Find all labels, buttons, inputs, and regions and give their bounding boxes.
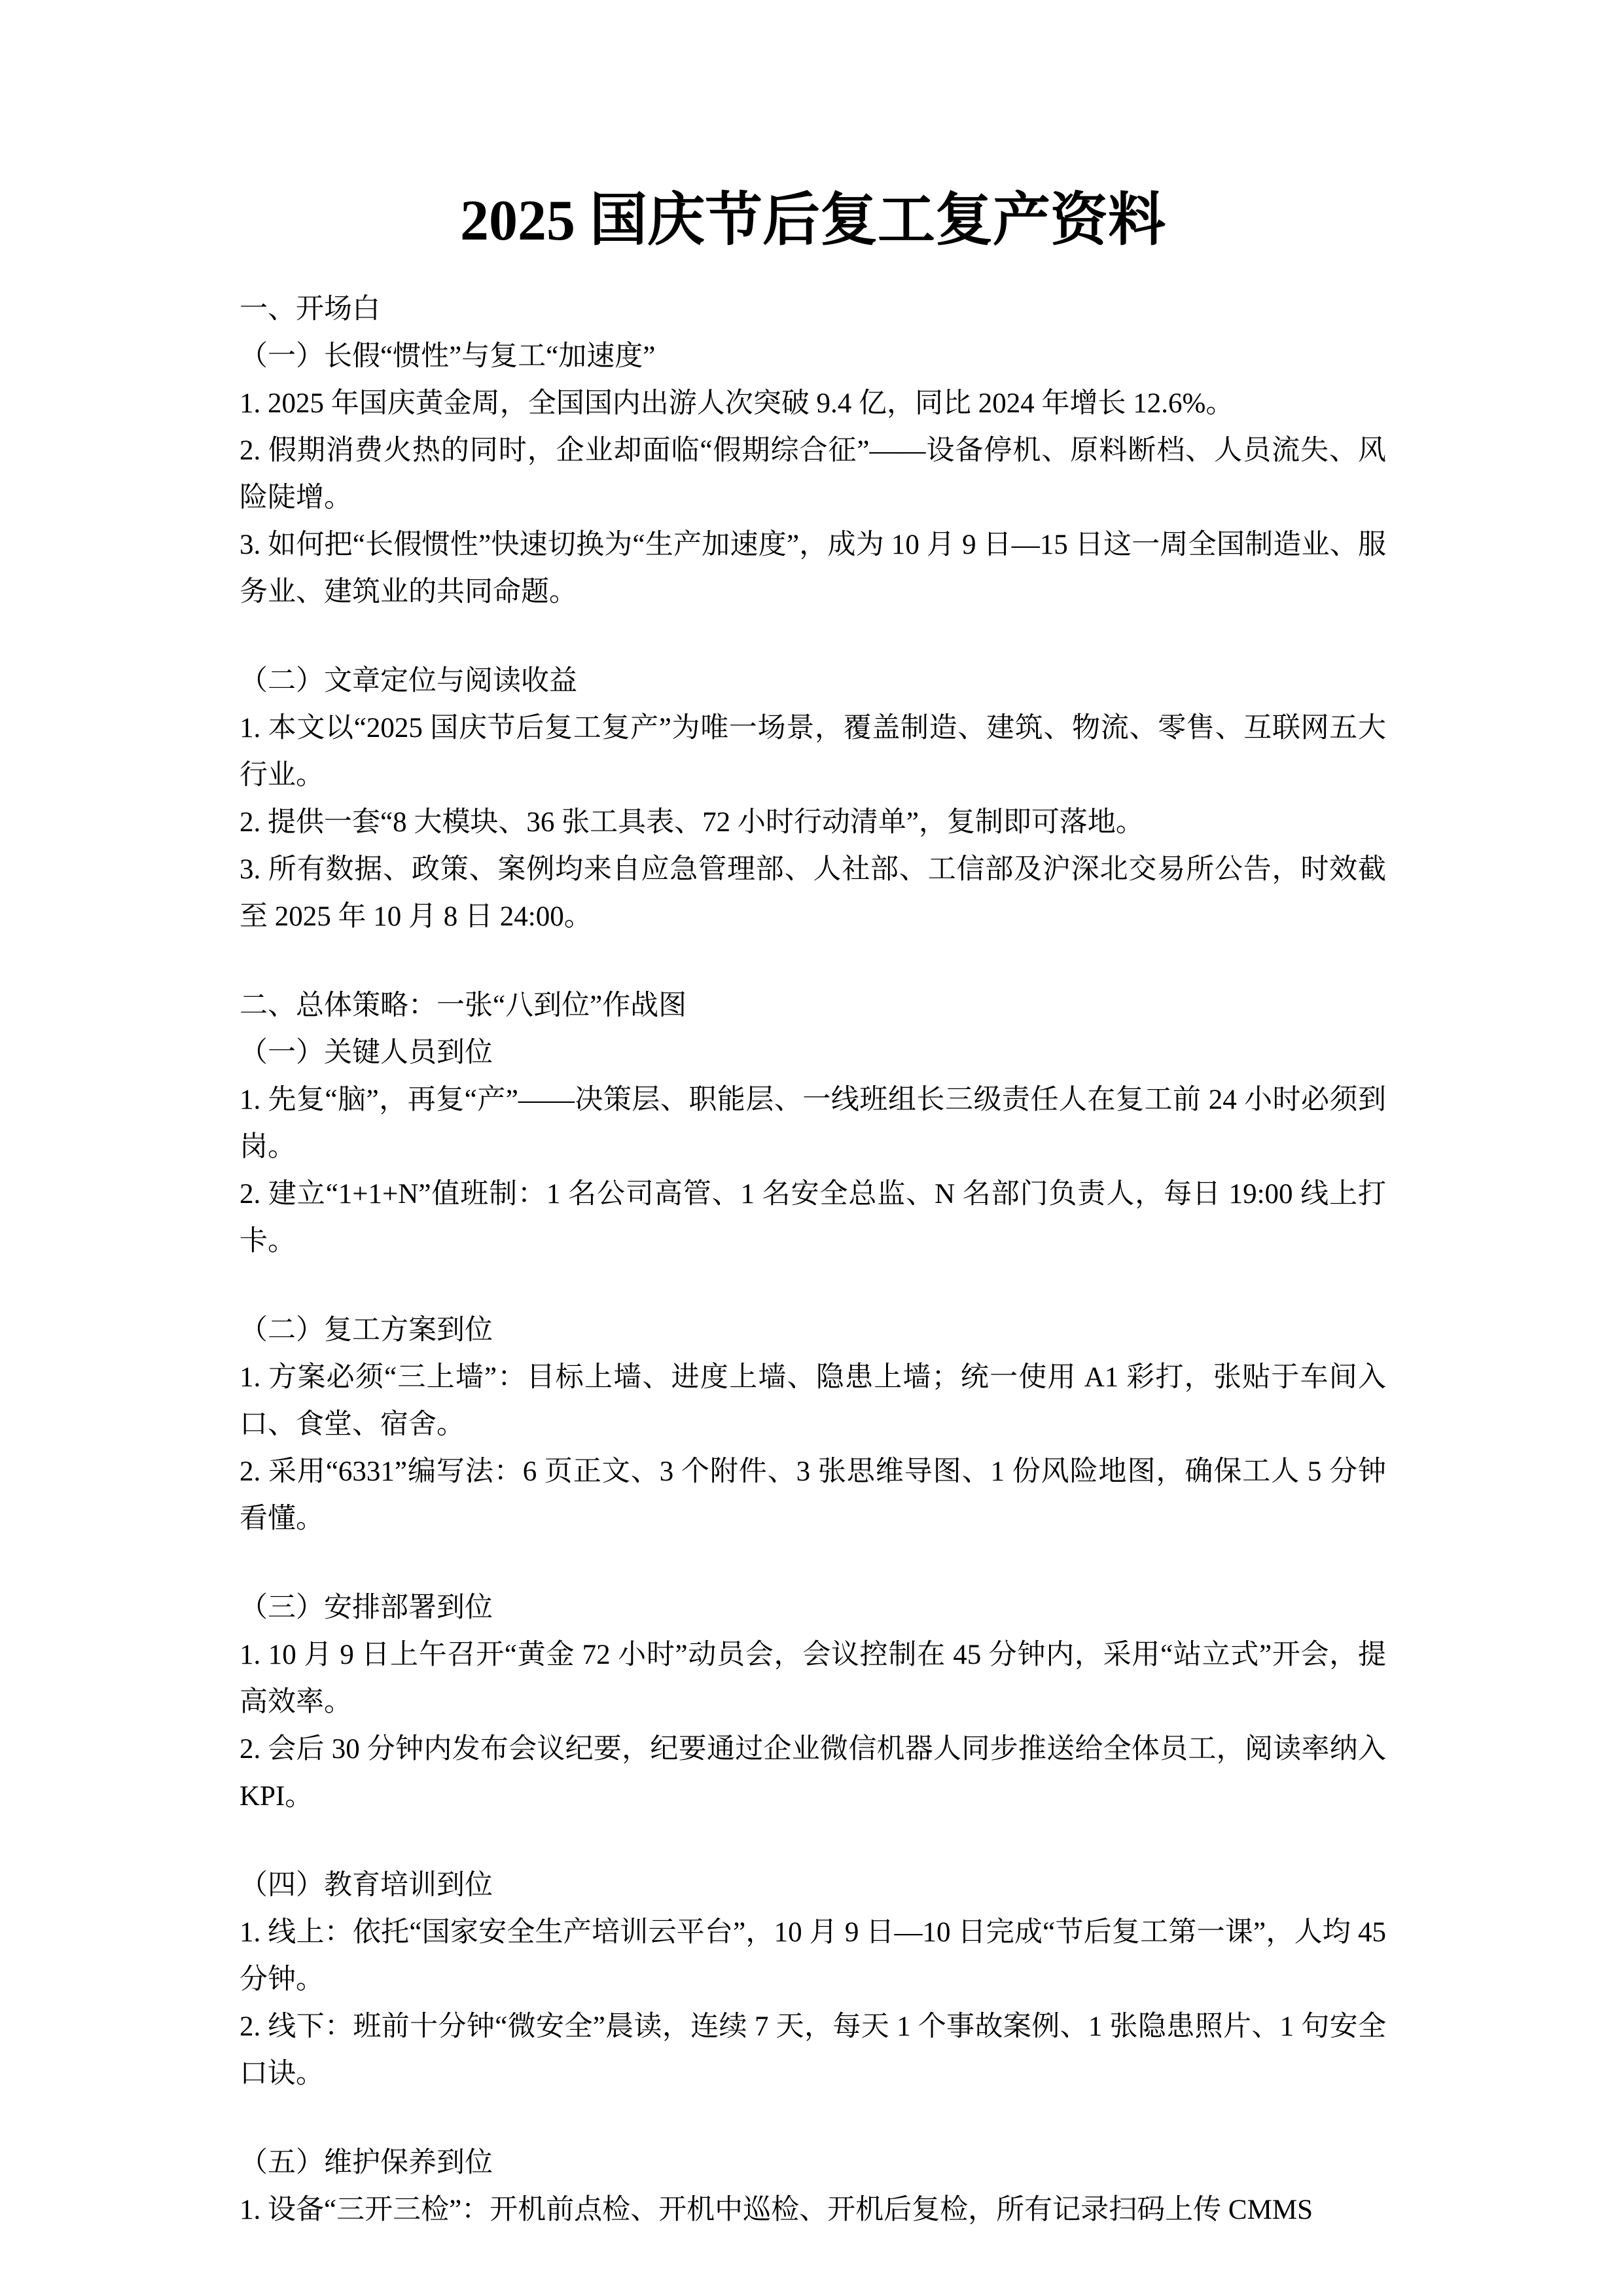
subsection-heading-2-3: （三）安排部署到位 xyxy=(240,1585,1386,1632)
document-title: 2025 国庆节后复工复产资料 xyxy=(240,188,1386,254)
list-item: 2. 假期消费火热的同时，企业却面临“假期综合征”——设备停机、原料断档、人员流… xyxy=(240,427,1386,522)
subsection-heading-2-1: （一）关键人员到位 xyxy=(240,1030,1386,1077)
subsection-heading-2-2: （二）复工方案到位 xyxy=(240,1307,1386,1354)
section-heading-2: 二、总体策略：一张“八到位”作战图 xyxy=(240,982,1386,1030)
list-item: 1. 设备“三开三检”：开机前点检、开机中巡检、开机后复检，所有记录扫码上传 C… xyxy=(240,2187,1386,2234)
list-item: 2. 提供一套“8 大模块、36 张工具表、72 小时行动清单”，复制即可落地。 xyxy=(240,799,1386,846)
list-item: 2. 建立“1+1+N”值班制：1 名公司高管、1 名安全总监、N 名部门负责人… xyxy=(240,1171,1386,1265)
subsection-heading-1-2: （二）文章定位与阅读收益 xyxy=(240,658,1386,705)
list-item: 1. 2025 年国庆黄金周，全国国内出游人次突破 9.4 亿，同比 2024 … xyxy=(240,380,1386,427)
list-item: 1. 方案必须“三上墙”：目标上墙、进度上墙、隐患上墙；统一使用 A1 彩打，张… xyxy=(240,1354,1386,1448)
subsection-heading-1-1: （一）长假“惯性”与复工“加速度” xyxy=(240,333,1386,380)
list-item: 1. 线上：依托“国家安全生产培训云平台”，10 月 9 日—10 日完成“节后… xyxy=(240,1909,1386,2003)
list-item: 3. 所有数据、政策、案例均来自应急管理部、人社部、工信部及沪深北交易所公告，时… xyxy=(240,846,1386,941)
list-item: 2. 会后 30 分钟内发布会议纪要，纪要通过企业微信机器人同步推送给全体员工，… xyxy=(240,1726,1386,1820)
subsection-heading-2-4: （四）教育培训到位 xyxy=(240,1862,1386,1909)
document-page: 2025 国庆节后复工复产资料 一、开场白 （一）长假“惯性”与复工“加速度” … xyxy=(0,0,1623,2296)
section-heading-1: 一、开场白 xyxy=(240,286,1386,333)
list-item: 1. 10 月 9 日上午召开“黄金 72 小时”动员会，会议控制在 45 分钟… xyxy=(240,1632,1386,1726)
list-item: 1. 本文以“2025 国庆节后复工复产”为唯一场景，覆盖制造、建筑、物流、零售… xyxy=(240,705,1386,799)
list-item: 3. 如何把“长假惯性”快速切换为“生产加速度”，成为 10 月 9 日—15 … xyxy=(240,522,1386,616)
list-item: 1. 先复“脑”，再复“产”——决策层、职能层、一线班组长三级责任人在复工前 2… xyxy=(240,1077,1386,1171)
subsection-heading-2-5: （五）维护保养到位 xyxy=(240,2140,1386,2187)
list-item: 2. 线下：班前十分钟“微安全”晨读，连续 7 天，每天 1 个事故案例、1 张… xyxy=(240,2003,1386,2098)
list-item: 2. 采用“6331”编写法：6 页正文、3 个附件、3 张思维导图、1 份风险… xyxy=(240,1448,1386,1543)
